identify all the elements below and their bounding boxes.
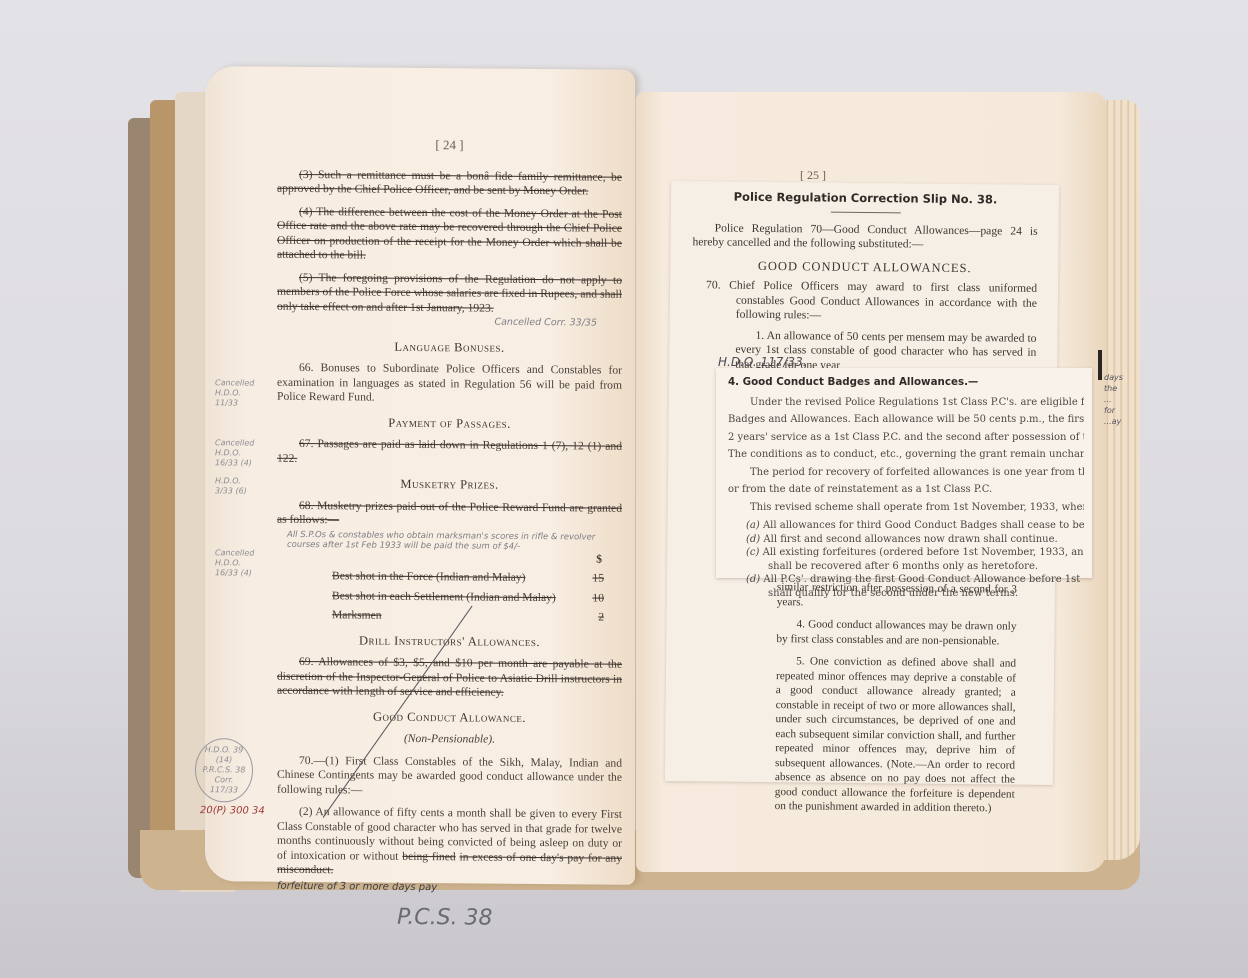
heading-payment-of-passages: Payment of Passages. <box>277 414 622 432</box>
margin-circled-note: H.D.O. 39 (14) P.R.C.S. 38 Corr. 117/33 <box>195 738 253 803</box>
ink-mark <box>1098 350 1102 380</box>
overlay-line: or from the date of reinstatement as a 1… <box>728 484 1084 497</box>
slip-heading: GOOD CONDUCT ALLOWANCES. <box>692 258 1037 276</box>
overlay-list-item: shall qualify for the second under the n… <box>728 588 1084 601</box>
prize-row: Best shot in the Force (Indian and Malay… <box>277 569 622 587</box>
slip-lower-text: similar restriction after possession of … <box>775 580 1017 816</box>
paragraph-3: (3) Such a remittance must be a bonâ fid… <box>277 167 622 199</box>
overlay-list-item: (c) All existing forfeitures (ordered be… <box>728 547 1084 560</box>
paragraph-5: (5) The foregoing provisions of the Regu… <box>277 270 622 317</box>
non-pensionable-label: (Non-Pensionable). <box>277 731 622 749</box>
currency-symbol: $ <box>277 549 622 567</box>
paragraph-69: 69. Allowances of $3, $5, and $10 per mo… <box>277 655 622 702</box>
heading-language-bonuses: Language Bonuses. <box>277 338 622 356</box>
overlay-title: 4. Good Conduct Badges and Allowances.— <box>728 376 1084 389</box>
correction-slip-text: Police Regulation Correction Slip No. 38… <box>691 189 1038 381</box>
overlay-slip-good-conduct-badges: 4. Good Conduct Badges and Allowances.— … <box>716 368 1092 578</box>
page-number-24: [ 24 ] <box>277 137 622 155</box>
heading-good-conduct-allowance: Good Conduct Allowance. <box>277 708 622 726</box>
paragraph-70-1: 70.—(1) First Class Constables of the Si… <box>277 753 622 800</box>
overlay-line: Under the revised Police Regulations 1st… <box>728 397 1084 410</box>
paragraph-70-2: (2) An allowance of fifty cents a month … <box>277 805 622 881</box>
prize-row: Best shot in each Settlement (Indian and… <box>277 588 622 606</box>
left-page: [ 24 ] (3) Such a remittance must be a b… <box>205 66 635 885</box>
handwritten-hdo-reference: H.D.O. 117/33. <box>718 355 807 369</box>
slip-title: Police Regulation Correction Slip No. 38… <box>693 189 1038 207</box>
slip-intro: Police Regulation 70—Good Conduct Allowa… <box>692 221 1037 254</box>
handwritten-68-note: All S.P.Os & constables who obtain marks… <box>277 529 622 552</box>
overlay-list-item: (d) All first and second allowances now … <box>728 534 1084 547</box>
red-ink-note: 20(P) 300 34 <box>200 806 265 817</box>
overlay-slip-text: 4. Good Conduct Badges and Allowances.— … <box>728 376 1084 601</box>
prize-row: Marksmen2 <box>277 608 622 626</box>
margin-note-68: Cancelled H.D.O. 16/33 (4) <box>215 438 255 468</box>
overlay-line: The conditions as to conduct, etc., gove… <box>728 449 1084 462</box>
page-number-25: [ 25 ] <box>800 168 826 183</box>
overlay-line: The period for recovery of forfeited all… <box>728 467 1084 480</box>
overlay-line: 2 years' service as a 1st Class P.C. and… <box>728 432 1084 445</box>
heading-musketry-prizes: Musketry Prizes. <box>277 476 622 494</box>
paragraph-67: 67. Passages are paid as laid down in Re… <box>277 437 622 469</box>
handwritten-forfeiture-note: forfeiture of 3 or more days pay <box>277 879 622 897</box>
overlay-list-item: shall be recovered after 6 months only a… <box>728 561 1084 574</box>
overlay-list-item: (d) All P.Cs'. drawing the first Good Co… <box>728 574 1084 587</box>
margin-note-69: Cancelled H.D.O. 16/33 (4) <box>215 548 255 578</box>
overlay-line: This revised scheme shall operate from 1… <box>728 502 1084 515</box>
edge-handwriting: days the ... for ...ay <box>1104 372 1118 427</box>
paragraph-66: 66. Bonuses to Subordinate Police Office… <box>277 361 622 408</box>
rule-4: 4. Good conduct allowances may be drawn … <box>776 617 1016 649</box>
rule-5: 5. One conviction as defined above shall… <box>775 654 1017 816</box>
handwritten-cancelled-note: Cancelled Corr. 33/35 <box>277 314 597 331</box>
margin-note-67: Cancelled H.D.O. 11/33 <box>215 378 255 408</box>
pencil-initials: P.C.S. 38 <box>397 911 622 927</box>
slip-divider <box>830 211 900 213</box>
margin-note-68b: H.D.O. 3/33 (6) <box>215 476 255 496</box>
overlay-list-item: (a) All allowances for third Good Conduc… <box>728 520 1084 533</box>
overlay-line: Badges and Allowances. Each allowance wi… <box>728 414 1084 427</box>
rule-70: 70. Chief Police Officers may award to f… <box>692 278 1037 325</box>
paragraph-4: (4) The difference between the cost of t… <box>277 204 622 265</box>
paragraph-68: 68. Musketry prizes paid out of the Poli… <box>277 498 622 530</box>
